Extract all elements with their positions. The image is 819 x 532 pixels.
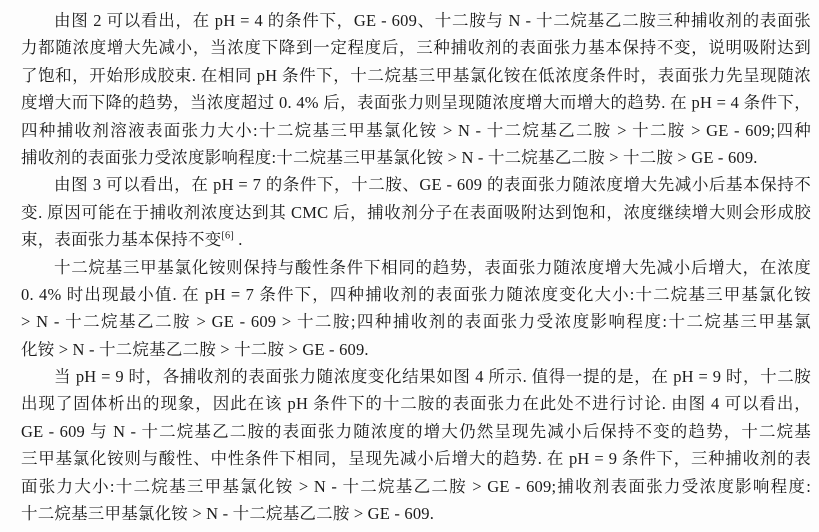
paragraph-ph7-part2: 十二烷基三甲基氯化铵则保持与酸性条件下相同的趋势，表面张力随浓度增大先减小后增大… <box>21 254 811 364</box>
text-line: 出现了固体析出的现象，因此在该 pH 条件下的十二胺的表面张力在此处不进行讨论.… <box>21 390 811 417</box>
text-line: 十二烷基三甲基氯化铵 > N - 十二烷基乙二胺 > GE - 609. <box>21 500 811 527</box>
text-line: 面张力大小:十二烷基三甲基氯化铵 > N - 十二烷基乙二胺 > GE - 60… <box>21 473 811 500</box>
text-line: GE - 609 与 N - 十二烷基乙二胺的表面张力随浓度的增大仍然呈现先减小… <box>21 418 811 445</box>
text-line: 由图 2 可以看出，在 pH = 4 的条件下，GE - 609、十二胺与 N … <box>21 7 811 34</box>
paragraph-ph7-part1: 由图 3 可以看出，在 pH = 7 的条件下，十二胺、GE - 609 的表面… <box>21 171 811 253</box>
paragraph-ph9: 当 pH = 9 时，各捕收剂的表面张力随浓度变化结果如图 4 所示. 值得一提… <box>21 363 811 527</box>
text-segment: 束，表面张力基本保持不变 <box>21 230 221 249</box>
text-line: 度增大而下降的趋势，当浓度超过 0. 4% 后，表面张力则呈现随浓度增大而增大的… <box>21 89 811 116</box>
text-line: 力都随浓度增大先减小，当浓度下降到一定程度后，三种捕收剂的表面张力基本保持不变，… <box>21 34 811 61</box>
text-line: 十二烷基三甲基氯化铵则保持与酸性条件下相同的趋势，表面张力随浓度增大先减小后增大… <box>21 254 811 281</box>
text-line: 四种捕收剂溶液表面张力大小:十二烷基三甲基氯化铵 > N - 十二烷基乙二胺 >… <box>21 117 811 144</box>
document-page: 由图 2 可以看出，在 pH = 4 的条件下，GE - 609、十二胺与 N … <box>0 0 819 532</box>
paragraph-ph4: 由图 2 可以看出，在 pH = 4 的条件下，GE - 609、十二胺与 N … <box>21 7 811 171</box>
text-line-with-citation: 束，表面张力基本保持不变[6] . <box>21 226 811 253</box>
citation-reference: [6] <box>221 231 234 242</box>
scanned-paper-page: { "colors": { "background": "#fdfdfd", "… <box>0 0 819 532</box>
text-line: > N - 十二烷基乙二胺 > GE - 609 > 十二胺;四种捕收剂的表面张… <box>21 308 811 335</box>
text-line: 三甲基氯化铵则与酸性、中性条件下相同，呈现先减小后增大的趋势. 在 pH = 9… <box>21 445 811 472</box>
text-line: 了饱和，开始形成胶束. 在相同 pH 条件下，十二烷基三甲基氯化铵在低浓度条件时… <box>21 62 811 89</box>
text-line: 0. 4% 时出现最小值. 在 pH = 7 条件下，四种捕收剂的表面张力随浓度… <box>21 281 811 308</box>
text-line: 化铵 > N - 十二烷基乙二胺 > 十二胺 > GE - 609. <box>21 336 811 363</box>
text-segment: . <box>234 230 243 249</box>
text-line: 捕收剂的表面张力受浓度影响程度:十二烷基三甲基氯化铵 > N - 十二烷基乙二胺… <box>21 144 811 171</box>
text-line: 当 pH = 9 时，各捕收剂的表面张力随浓度变化结果如图 4 所示. 值得一提… <box>21 363 811 390</box>
text-line: 变. 原因可能在于捕收剂浓度达到其 CMC 后，捕收剂分子在表面吸附达到饱和，浓… <box>21 199 811 226</box>
text-line: 由图 3 可以看出，在 pH = 7 的条件下，十二胺、GE - 609 的表面… <box>21 171 811 198</box>
